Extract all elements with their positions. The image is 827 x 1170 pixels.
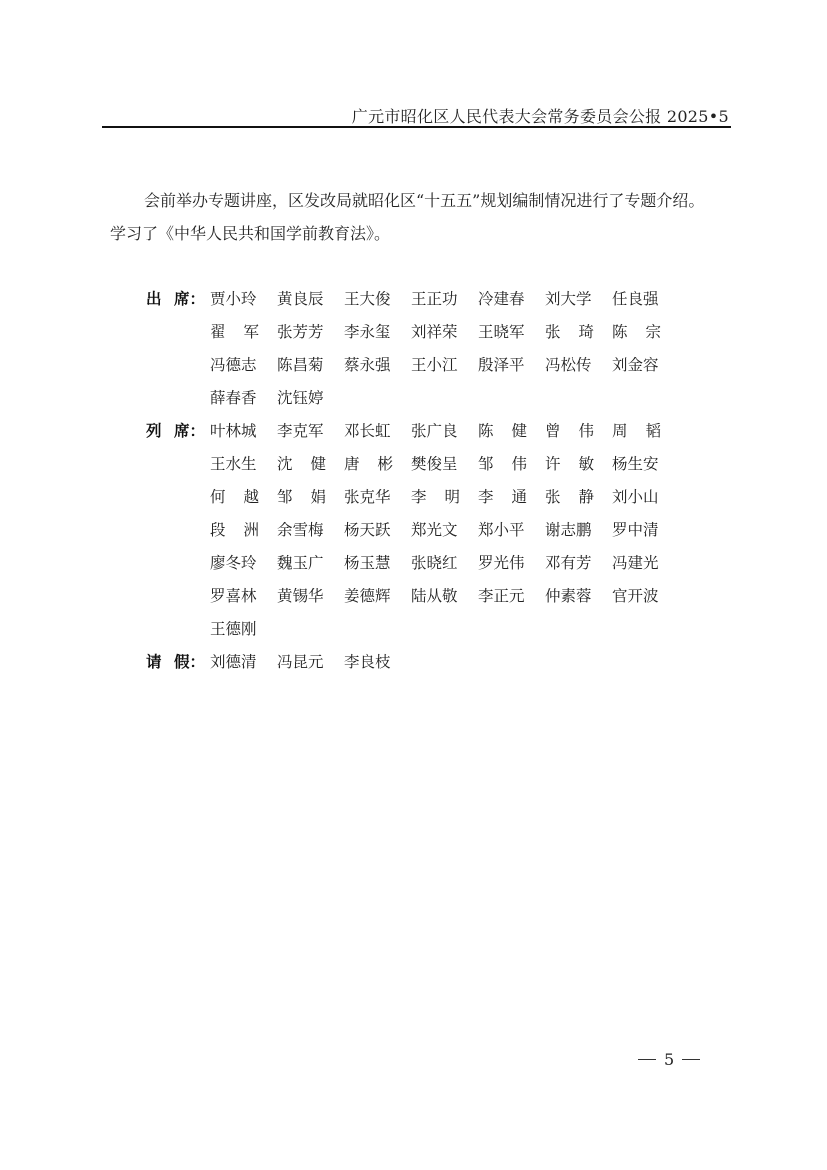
- name-char: 娟: [310, 481, 326, 514]
- header-divider: [102, 126, 731, 128]
- name-char: 陈: [612, 316, 628, 349]
- name-char: 通: [511, 481, 527, 514]
- person-name: 贾小玲: [210, 283, 277, 316]
- person-name: 唐彬: [344, 448, 393, 481]
- person-name: 周韬: [612, 415, 661, 448]
- person-name: 冯松传: [545, 349, 612, 382]
- person-name: 王大俊: [344, 283, 411, 316]
- person-name: 薛春香: [210, 382, 277, 415]
- person-name: 冯昆元: [277, 646, 344, 679]
- person-name: 黄锡华: [277, 580, 344, 613]
- person-name: 官开波: [612, 580, 679, 613]
- person-name: 刘德清: [210, 646, 277, 679]
- person-name: 邹娟: [277, 481, 326, 514]
- person-name: 张琦: [545, 316, 594, 349]
- person-name: 杨玉慧: [344, 547, 411, 580]
- person-name: 殷泽平: [478, 349, 545, 382]
- person-name: 刘小山: [612, 481, 679, 514]
- person-name: 冯德志: [210, 349, 277, 382]
- person-name: 张静: [545, 481, 594, 514]
- person-name: 李克军: [277, 415, 344, 448]
- person-name: 余雪梅: [277, 514, 344, 547]
- person-name: 沈健: [277, 448, 326, 481]
- person-name: 黄良辰: [277, 283, 344, 316]
- person-name: 樊俊呈: [411, 448, 478, 481]
- person-name: 王德刚: [210, 613, 277, 646]
- name-char: 军: [243, 316, 259, 349]
- person-name: 刘金容: [612, 349, 679, 382]
- name-char: 李: [411, 481, 427, 514]
- intro-paragraph-2: 学习了《中华人民共和国学前教育法》。: [110, 217, 730, 250]
- person-name: 王水生: [210, 448, 277, 481]
- person-name: 郑光文: [411, 514, 478, 547]
- name-char: 李: [478, 481, 494, 514]
- person-name: 邹伟: [478, 448, 527, 481]
- bulletin-title: 广元市昭化区人民代表大会常务委员会公报 2025•5: [352, 104, 729, 127]
- person-name: 张晓红: [411, 547, 478, 580]
- person-name: 陈昌菊: [277, 349, 344, 382]
- label-char: 列: [146, 415, 174, 448]
- name-char: 健: [511, 415, 527, 448]
- name-char: 琦: [578, 316, 594, 349]
- person-name: 罗喜林: [210, 580, 277, 613]
- person-name: 段洲: [210, 514, 259, 547]
- name-char: 敏: [578, 448, 594, 481]
- person-name: 邓长虹: [344, 415, 411, 448]
- name-char: 韬: [645, 415, 661, 448]
- person-name: 沈钰婷: [277, 382, 344, 415]
- intro-paragraph-1: 会前举办专题讲座，区发改局就昭化区“十五五”规划编制情况进行了专题介绍。: [110, 184, 730, 217]
- person-name: 张广良: [411, 415, 478, 448]
- name-char: 沈: [277, 448, 293, 481]
- group-attendees: 出 席： 贾小玲黄良辰王大俊王正功冷建春刘大学任良强翟军张芳芳李永玺刘祥荣王晓军…: [146, 283, 679, 415]
- name-char: 伟: [578, 415, 594, 448]
- name-list: 贾小玲黄良辰王大俊王正功冷建春刘大学任良强翟军张芳芳李永玺刘祥荣王晓军张琦陈宗冯…: [210, 283, 679, 415]
- page-number-value: 5: [664, 1050, 674, 1069]
- label-char: 出: [146, 283, 174, 316]
- name-list: 刘德清冯昆元李良枝: [210, 646, 679, 679]
- person-name: 罗中清: [612, 514, 679, 547]
- person-name: 谢志鹏: [545, 514, 612, 547]
- person-name: 王小江: [411, 349, 478, 382]
- name-list: 叶林城李克军邓长虹张广良陈健曾伟周韬王水生沈健唐彬樊俊呈邹伟许敏杨生安何越邹娟张…: [210, 415, 679, 646]
- person-name: 罗光伟: [478, 547, 545, 580]
- person-name: 邓有芳: [545, 547, 612, 580]
- person-name: 叶林城: [210, 415, 277, 448]
- person-name: 姜德辉: [344, 580, 411, 613]
- name-char: 彬: [377, 448, 393, 481]
- name-char: 翟: [210, 316, 226, 349]
- label-char: 请: [146, 646, 174, 679]
- name-char: 邹: [478, 448, 494, 481]
- person-name: 刘祥荣: [411, 316, 478, 349]
- person-name: 王正功: [411, 283, 478, 316]
- person-name: 陆从敬: [411, 580, 478, 613]
- person-name: 任良强: [612, 283, 679, 316]
- person-name: 王晓军: [478, 316, 545, 349]
- label-char: 假：: [174, 646, 205, 679]
- person-name: 冯建光: [612, 547, 679, 580]
- group-observers: 列 席： 叶林城李克军邓长虹张广良陈健曾伟周韬王水生沈健唐彬樊俊呈邹伟许敏杨生安…: [146, 415, 679, 646]
- dash-right: [682, 1059, 700, 1060]
- name-char: 张: [545, 316, 561, 349]
- person-name: 仲素蓉: [545, 580, 612, 613]
- person-name: 蔡永强: [344, 349, 411, 382]
- person-name: 张克华: [344, 481, 411, 514]
- group-label-leave: 请 假：: [146, 646, 210, 679]
- person-name: 杨生安: [612, 448, 679, 481]
- dash-left: [638, 1059, 656, 1060]
- name-char: 健: [310, 448, 326, 481]
- person-name: 张芳芳: [277, 316, 344, 349]
- person-name: 魏玉广: [277, 547, 344, 580]
- label-char: 席：: [174, 415, 205, 448]
- person-name: 李正元: [478, 580, 545, 613]
- name-char: 唐: [344, 448, 360, 481]
- name-char: 陈: [478, 415, 494, 448]
- intro-text: 会前举办专题讲座，区发改局就昭化区“十五五”规划编制情况进行了专题介绍。 学习了…: [110, 184, 730, 250]
- person-name: 曾伟: [545, 415, 594, 448]
- person-name: 冷建春: [478, 283, 545, 316]
- person-name: 陈宗: [612, 316, 661, 349]
- name-char: 洲: [243, 514, 259, 547]
- name-char: 伟: [511, 448, 527, 481]
- name-char: 许: [545, 448, 561, 481]
- name-char: 段: [210, 514, 226, 547]
- person-name: 廖冬玲: [210, 547, 277, 580]
- group-label-attendees: 出 席：: [146, 283, 210, 316]
- name-char: 周: [612, 415, 628, 448]
- person-name: 杨天跃: [344, 514, 411, 547]
- person-name: 翟军: [210, 316, 259, 349]
- person-name: 许敏: [545, 448, 594, 481]
- label-char: 席：: [174, 283, 205, 316]
- name-char: 何: [210, 481, 226, 514]
- name-char: 曾: [545, 415, 561, 448]
- name-char: 静: [578, 481, 594, 514]
- person-name: 郑小平: [478, 514, 545, 547]
- name-char: 邹: [277, 481, 293, 514]
- person-name: 李永玺: [344, 316, 411, 349]
- group-leave: 请 假： 刘德清冯昆元李良枝: [146, 646, 679, 679]
- person-name: 李通: [478, 481, 527, 514]
- name-char: 越: [243, 481, 259, 514]
- person-name: 陈健: [478, 415, 527, 448]
- person-name: 刘大学: [545, 283, 612, 316]
- page-number: 5: [638, 1050, 700, 1069]
- person-name: 李良枝: [344, 646, 411, 679]
- name-char: 张: [545, 481, 561, 514]
- attendance-roster: 出 席： 贾小玲黄良辰王大俊王正功冷建春刘大学任良强翟军张芳芳李永玺刘祥荣王晓军…: [146, 283, 679, 679]
- name-char: 明: [444, 481, 460, 514]
- person-name: 何越: [210, 481, 259, 514]
- person-name: 李明: [411, 481, 460, 514]
- name-char: 宗: [645, 316, 661, 349]
- group-label-observers: 列 席：: [146, 415, 210, 448]
